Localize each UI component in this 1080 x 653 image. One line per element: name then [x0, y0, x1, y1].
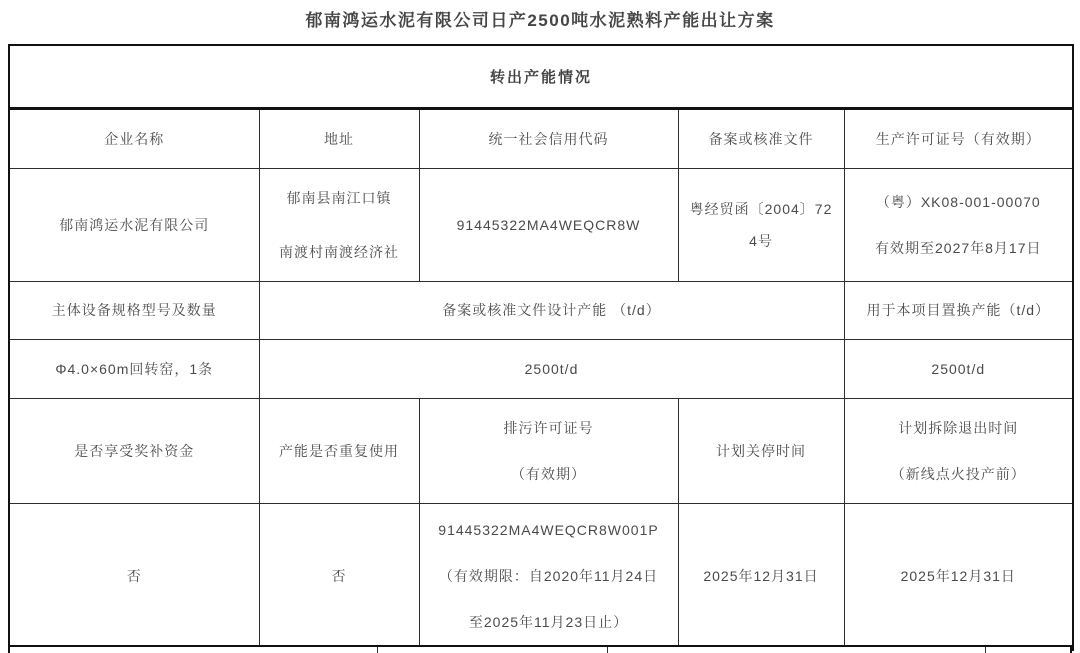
table-row: 是否享受奖补资金 产能是否重复使用 排污许可证号 （有效期） 计划关停时间 计划…: [9, 398, 1073, 503]
table-row: 否 否 91445322MA4WEQCR8W001P （有效期限：自2020年1…: [9, 503, 1073, 650]
capacity-transfer-table: 转出产能情况 企业名称 地址 统一社会信用代码 备案或核准文件 生产许可证号（有…: [8, 44, 1074, 651]
next-section-partial-row: [8, 645, 1072, 653]
cell-sewage-permit: 91445322MA4WEQCR8W001P （有效期限：自2020年11月24…: [419, 503, 678, 650]
header-credit-code: 统一社会信用代码: [419, 108, 678, 168]
cell-approval-doc: 粤经贸函〔2004〕72 4号: [678, 168, 844, 281]
cell-shutdown-time: 2025年12月31日: [678, 503, 844, 650]
section-title: 转出产能情况: [9, 45, 1073, 108]
cell-replacement-capacity: 2500t/d: [844, 339, 1073, 398]
header-subsidy: 是否享受奖补资金: [9, 398, 259, 503]
cell-company-name: 郁南鸿运水泥有限公司: [9, 168, 259, 281]
cell-subsidy: 否: [9, 503, 259, 650]
page-title: 郁南鸿运水泥有限公司日产2500吨水泥熟料产能出让方案: [0, 6, 1080, 31]
table-row: 企业名称 地址 统一社会信用代码 备案或核准文件 生产许可证号（有效期）: [9, 108, 1073, 168]
table-row: 郁南鸿运水泥有限公司 郁南县南江口镇 南渡村南渡经济社 91445322MA4W…: [9, 168, 1073, 281]
header-company-name: 企业名称: [9, 108, 259, 168]
header-address: 地址: [259, 108, 419, 168]
cell-license: （粤）XK08-001-00070 有效期至2027年8月17日: [844, 168, 1073, 281]
column-divider: [377, 647, 378, 653]
header-equipment: 主体设备规格型号及数量: [9, 281, 259, 339]
header-reuse: 产能是否重复使用: [259, 398, 419, 503]
cell-equipment: Φ4.0×60m回转窑，1条: [9, 339, 259, 398]
cell-designed-capacity: 2500t/d: [259, 339, 844, 398]
header-shutdown-time: 计划关停时间: [678, 398, 844, 503]
table-row: 转出产能情况: [9, 45, 1073, 108]
document-page: 郁南鸿运水泥有限公司日产2500吨水泥熟料产能出让方案 转出产能情况 企业名称 …: [0, 0, 1080, 653]
cell-address: 郁南县南江口镇 南渡村南渡经济社: [259, 168, 419, 281]
header-approval-doc: 备案或核准文件: [678, 108, 844, 168]
column-divider: [985, 647, 986, 653]
column-divider: [607, 647, 608, 653]
cell-credit-code: 91445322MA4WEQCR8W: [419, 168, 678, 281]
cell-demolition-time: 2025年12月31日: [844, 503, 1073, 650]
header-license: 生产许可证号（有效期）: [844, 108, 1073, 168]
table-row: Φ4.0×60m回转窑，1条 2500t/d 2500t/d: [9, 339, 1073, 398]
header-replacement-capacity: 用于本项目置换产能（t/d）: [844, 281, 1073, 339]
table-row: 主体设备规格型号及数量 备案或核准文件设计产能 （t/d） 用于本项目置换产能（…: [9, 281, 1073, 339]
header-sewage-permit: 排污许可证号 （有效期）: [419, 398, 678, 503]
header-demolition-time: 计划拆除退出时间 （新线点火投产前）: [844, 398, 1073, 503]
cell-reuse: 否: [259, 503, 419, 650]
header-designed-capacity: 备案或核准文件设计产能 （t/d）: [259, 281, 844, 339]
